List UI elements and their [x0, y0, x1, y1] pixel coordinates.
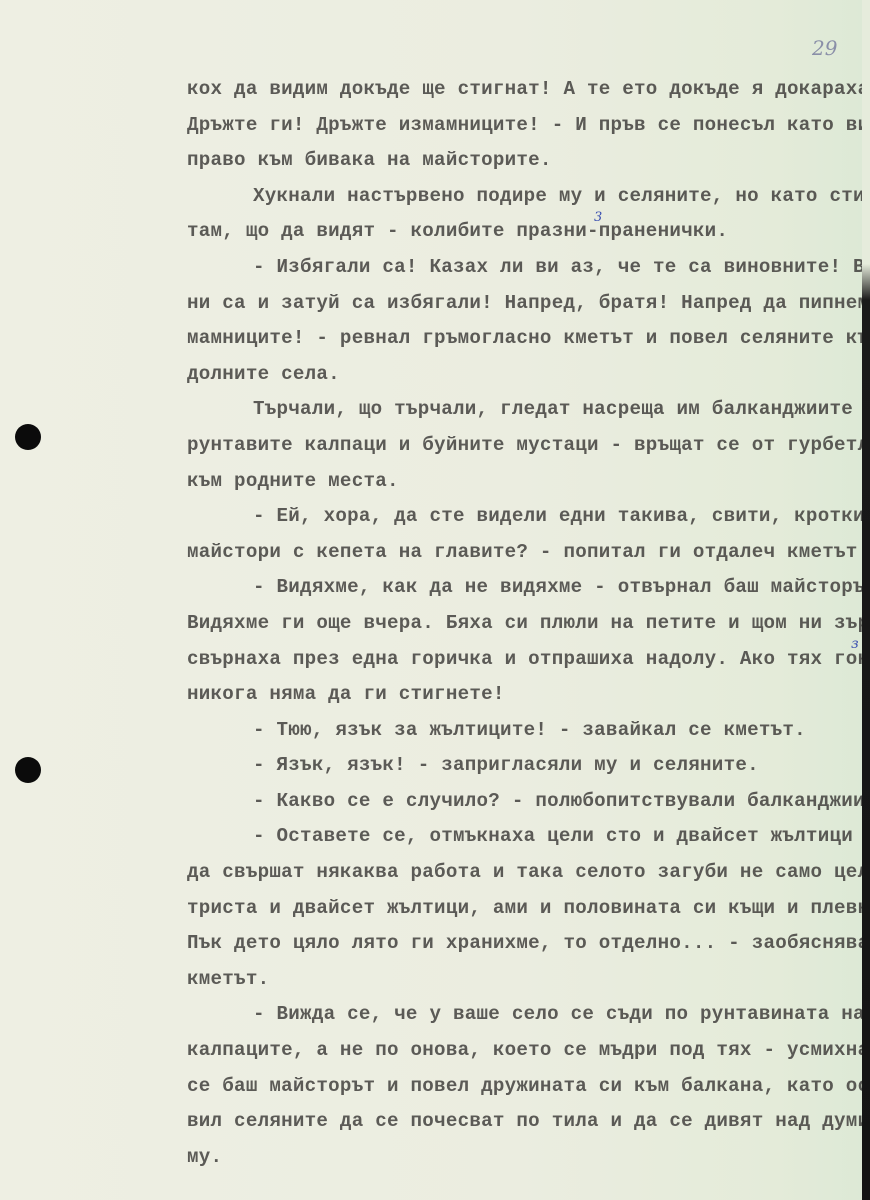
paragraph-start: Хукнали настървено подире му и селяните,…: [187, 179, 867, 215]
text-line: калпаците, а не по онова, което се мъдри…: [187, 1033, 867, 1069]
text-line: никога няма да ги стигнете!: [187, 677, 867, 713]
text-line: се баш майсторът и повел дружината си къ…: [187, 1069, 867, 1105]
text-line: кох да видим докъде ще стигнат! А те ето…: [187, 72, 867, 108]
punch-hole-top: [15, 424, 41, 450]
paragraph-start: - Ей, хора, да сте видели едни такива, с…: [187, 499, 867, 535]
paragraph-start: Търчали, що търчали, гледат насреща им б…: [187, 392, 867, 428]
text-line: вил селяните да се почесват по тила и да…: [187, 1104, 867, 1140]
paragraph-start: - Какво се е случило? - полюбопитствувал…: [187, 784, 867, 820]
paragraph-start: - Оставете се, отмъкнаха цели сто и двай…: [187, 819, 867, 855]
body-text: кох да видим докъде ще стигнат! А те ето…: [187, 72, 867, 1175]
text-line: мамниците! - ревнал гръмогласно кметът и…: [187, 321, 867, 357]
page-number: 29: [812, 36, 837, 60]
text-line: триста и двайсет жълтици, ами и половина…: [187, 891, 867, 927]
paragraph-start: - Язък, язък! - запригласяли му и селяни…: [187, 748, 867, 784]
typewritten-page: 29 3 з кох да видим докъде ще стигнат! А…: [0, 0, 862, 1200]
punch-hole-bottom: [15, 757, 41, 783]
text-line: Пък дето цяло лято ги хранихме, то отдел…: [187, 926, 867, 962]
scan-edge: [862, 0, 870, 1200]
text-line: кметът.: [187, 962, 867, 998]
text-line: ни са и затуй са избягали! Напред, братя…: [187, 286, 867, 322]
paragraph-start: - Вижда се, че у ваше село се съди по ру…: [187, 997, 867, 1033]
text-line: Видяхме ги още вчера. Бяха си плюли на п…: [187, 606, 867, 642]
paragraph-start: - Избягали са! Казах ли ви аз, че те са …: [187, 250, 867, 286]
text-line: му.: [187, 1140, 867, 1176]
text-line: майстори с кепета на главите? - попитал …: [187, 535, 867, 571]
paragraph-start: - Тюю, язък за жълтиците! - завайкал се …: [187, 713, 867, 749]
text-line: да свършат някаква работа и така селото …: [187, 855, 867, 891]
text-line: към родните места.: [187, 464, 867, 500]
paragraph-start: - Видяхме, как да не видяхме - отвърнал …: [187, 570, 867, 606]
text-line: Дръжте ги! Дръжте измамниците! - И пръв …: [187, 108, 867, 144]
text-line: долните села.: [187, 357, 867, 393]
text-line: там, що да видят - колибите празни-пране…: [187, 214, 867, 250]
text-line: свърнаха през една горичка и отпрашиха н…: [187, 642, 867, 678]
text-line: право към бивака на майсторите.: [187, 143, 867, 179]
text-line: рунтавите калпаци и буйните мустаци - вр…: [187, 428, 867, 464]
